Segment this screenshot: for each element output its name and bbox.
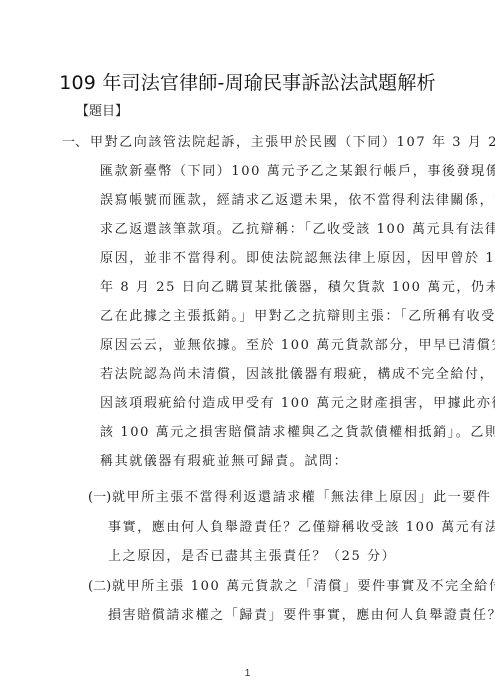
sub-question-number: (一) bbox=[88, 486, 111, 505]
question-number: 一、 bbox=[62, 131, 88, 150]
question-line: 匯款新臺幣（下同）100 萬元予乙之某銀行帳戶，事後發現係因 bbox=[100, 160, 495, 179]
question-line: 原因，並非不當得利。即使法院認無法律上原因，因甲曾於 105 bbox=[100, 247, 495, 266]
sub-question-number: (二) bbox=[88, 575, 111, 594]
document-title: 109 年司法官律師-周瑜民事訴訟法試題解析 bbox=[0, 68, 495, 95]
sub-question-line: 上之原因，是否已盡其主張責任？（25 分） bbox=[108, 545, 396, 564]
question-line: 原因云云，並無依據。至於 100 萬元貨款部分，甲早已清償完畢， bbox=[100, 334, 495, 353]
question-line: 甲對乙向該管法院起訴，主張甲於民國（下同）107 年 3 月 2 日 bbox=[90, 131, 495, 150]
question-line: 求乙返還該筆款項。乙抗辯稱：「乙收受該 100 萬元具有法律上 bbox=[100, 218, 495, 237]
page-number: 1 bbox=[0, 668, 495, 679]
question-line: 該 100 萬元之損害賠償請求權與乙之貨款債權相抵銷」。乙則辯 bbox=[100, 421, 495, 440]
question-line: 乙在此據之主張抵銷。」甲對乙之抗辯則主張：「乙所稱有收受 bbox=[100, 305, 495, 324]
question-line: 因該項瑕疵給付造成甲受有 100 萬元之財產損害，甲據此亦得以 bbox=[100, 392, 495, 411]
sub-question-line: 就甲所主張 100 萬元貨款之「清償」要件事實及不完全給付 bbox=[112, 575, 495, 594]
question-line: 稱其就儀器有瑕疵並無可歸責。試問： bbox=[100, 450, 348, 469]
question-line: 年 8 月 25 日向乙購買某批儀器，積欠貨款 100 萬元，仍未清償， bbox=[100, 276, 495, 295]
section-label: 【題目】 bbox=[76, 100, 128, 119]
question-line: 若法院認為尚未清償，因該批儀器有瑕疵，構成不完全給付，並 bbox=[100, 363, 495, 382]
sub-question-line: 就甲所主張不當得利返還請求權「無法律上原因」此一要件 bbox=[112, 486, 492, 505]
sub-question-line: 損害賠償請求權之「歸責」要件事實，應由何人負舉證責任？ bbox=[108, 604, 495, 623]
sub-question-line: 事實，應由何人負舉證責任？乙僅辯稱收受該 100 萬元有法律 bbox=[108, 516, 495, 535]
question-line: 誤寫帳號而匯款，經請求乙返還未果，依不當得利法律關係，請 bbox=[100, 189, 495, 208]
